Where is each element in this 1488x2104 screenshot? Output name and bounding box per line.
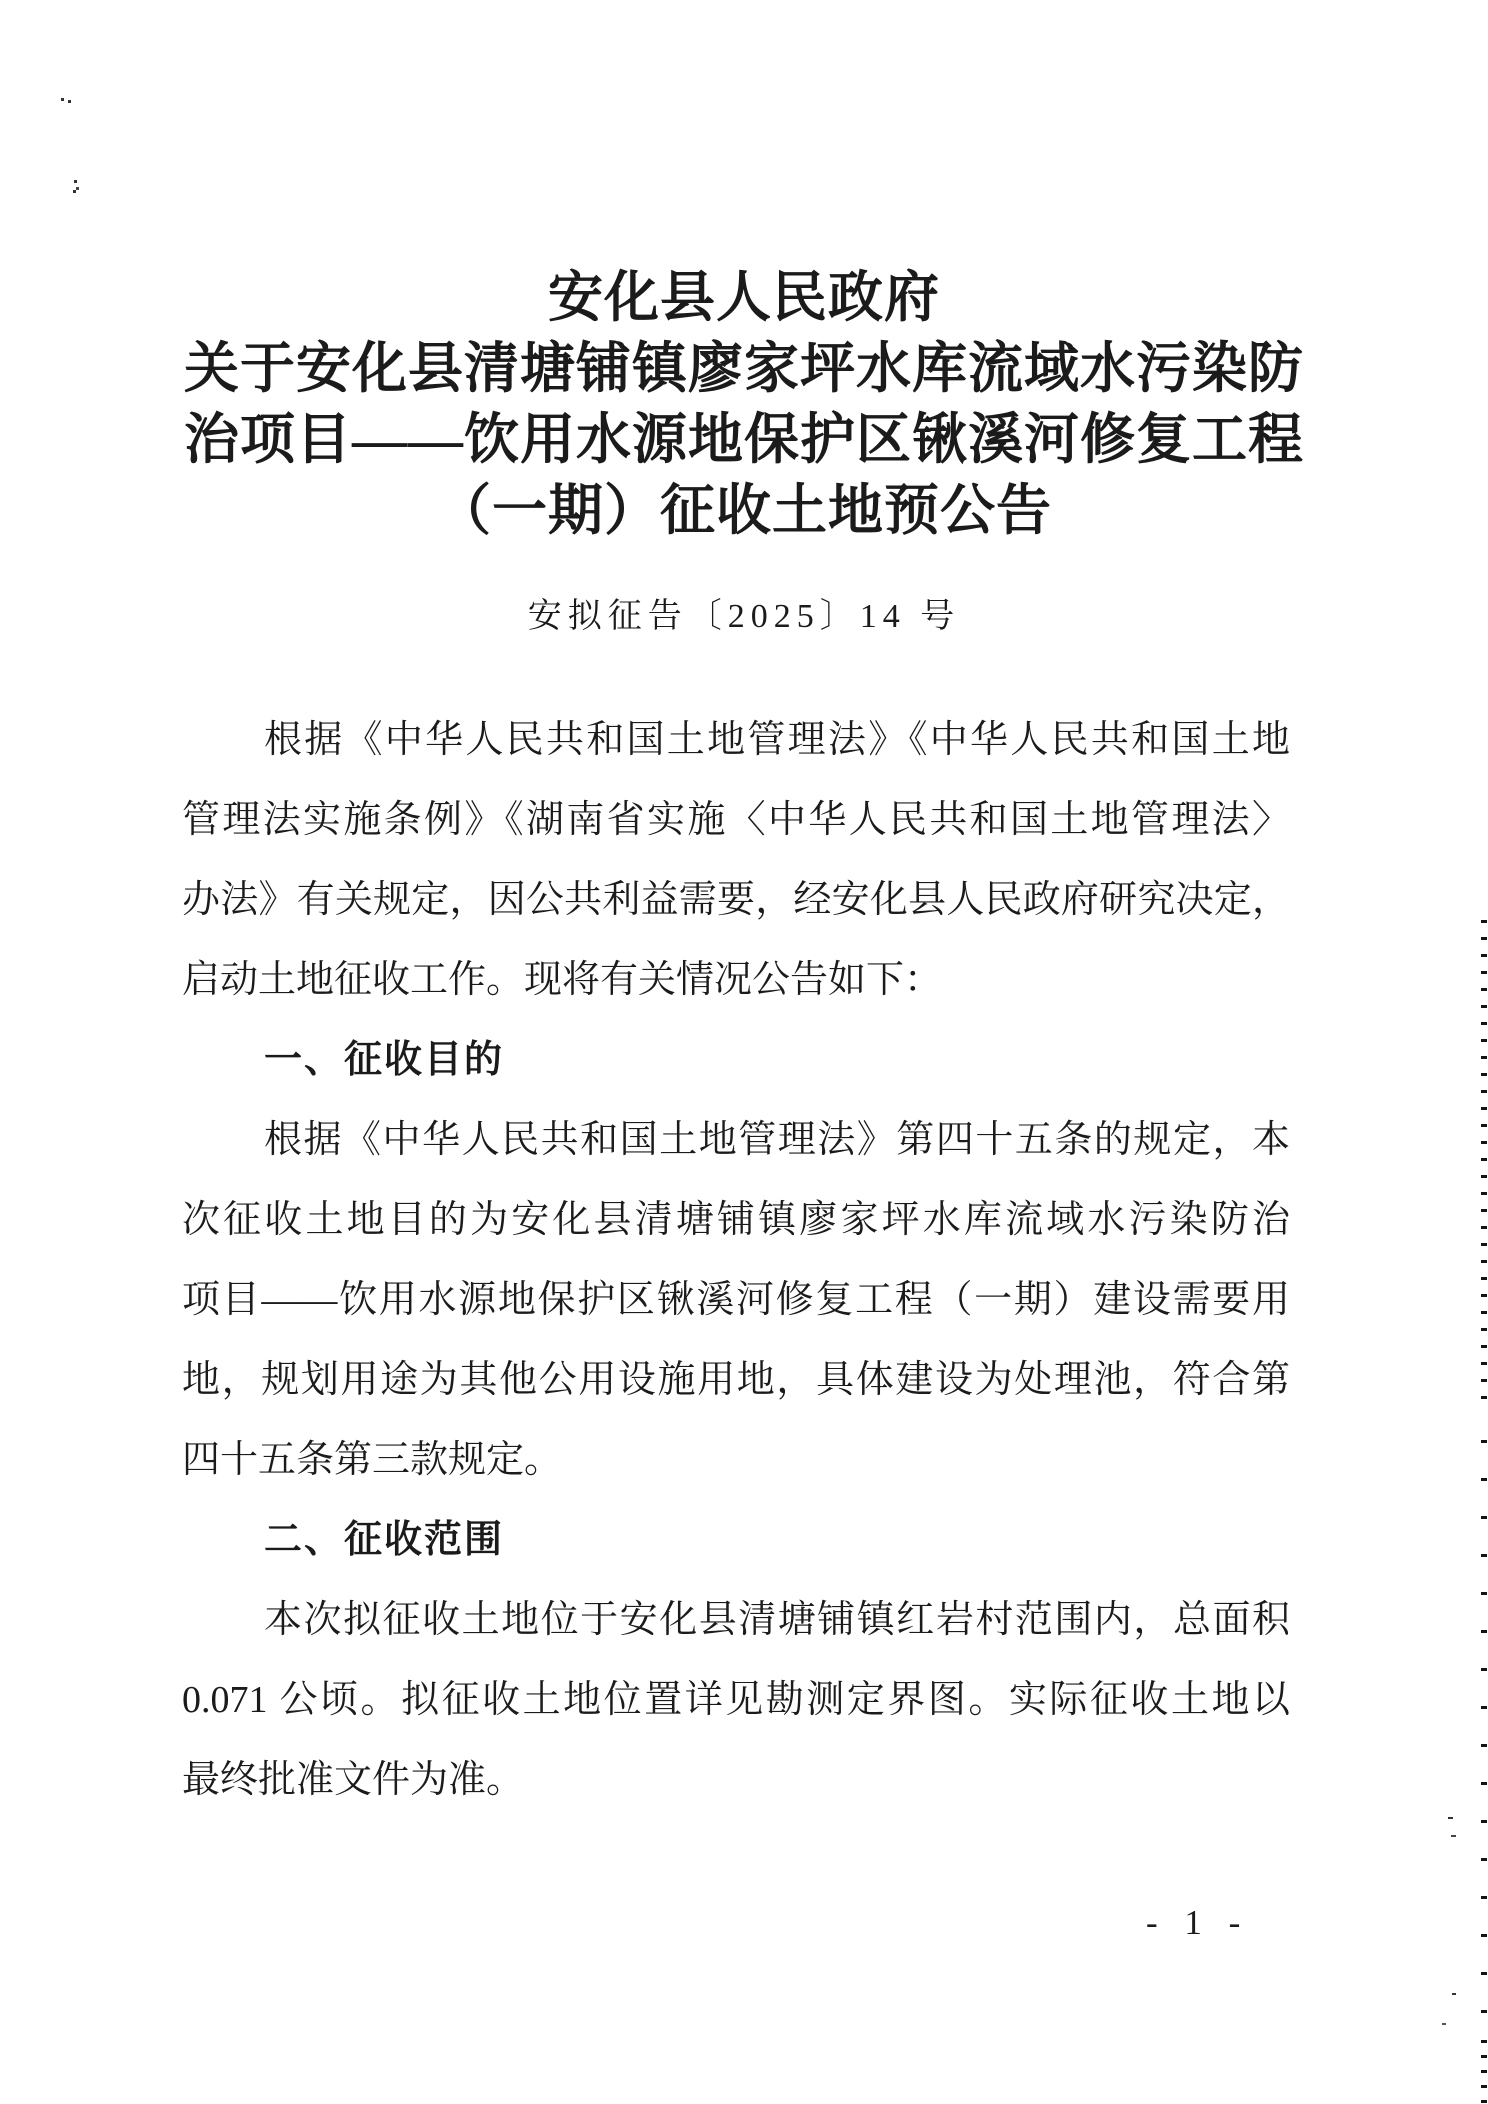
body-line: 办法》有关规定，因公共利益需要，经安化县人民政府研究决定，	[182, 860, 1290, 940]
body-line: 地，规划用途为其他公用设施用地，具体建设为处理池，符合第	[182, 1340, 1290, 1420]
section-heading-scope: 二、征收范围	[182, 1500, 1290, 1580]
body-line: 项目——饮用水源地保护区锹溪河修复工程（一期）建设需要用	[182, 1260, 1290, 1340]
scanned-document-page: 安化县人民政府 关于安化县清塘铺镇廖家坪水库流域水污染防 治项目——饮用水源地保…	[0, 0, 1488, 2104]
document-title: 安化县人民政府 关于安化县清塘铺镇廖家坪水库流域水污染防 治项目——饮用水源地保…	[114, 262, 1374, 546]
title-line-subject-2: 治项目——饮用水源地保护区锹溪河修复工程	[114, 404, 1374, 475]
body-line: 最终批准文件为准。	[182, 1740, 1290, 1820]
scan-speck-left-margin	[74, 180, 77, 183]
body-line: 启动土地征收工作。现将有关情况公告如下：	[182, 940, 1290, 1020]
section-heading-purpose: 一、征收目的	[182, 1020, 1290, 1100]
document-reference-number: 安拟征告〔2025〕14 号	[0, 588, 1488, 637]
body-line: 根据《中华人民共和国土地管理法》《中华人民共和国土地	[182, 700, 1290, 780]
scan-noise-right-edge-bottom	[1481, 2040, 1487, 2104]
body-line: 四十五条第三款规定。	[182, 1420, 1290, 1500]
scan-speck-right-lower	[1448, 1817, 1453, 1819]
scan-speck-right-bottom	[1452, 1993, 1456, 1995]
scan-noise-right-edge-upper	[1481, 920, 1487, 1410]
title-line-subject-3: （一期）征收土地预公告	[114, 475, 1374, 546]
body-line: 本次拟征收土地位于安化县清塘铺镇红岩村范围内，总面积	[182, 1580, 1290, 1660]
title-line-government-name: 安化县人民政府	[114, 262, 1374, 333]
document-body: 根据《中华人民共和国土地管理法》《中华人民共和国土地 管理法实施条例》《湖南省实…	[182, 700, 1290, 1820]
body-line: 管理法实施条例》《湖南省实施〈中华人民共和国土地管理法〉	[182, 780, 1290, 860]
body-line: 0.071 公顷。拟征收土地位置详见勘测定界图。实际征收土地以	[182, 1660, 1290, 1740]
title-line-subject-1: 关于安化县清塘铺镇廖家坪水库流域水污染防	[114, 333, 1374, 404]
scan-speck-top-left	[61, 98, 64, 101]
scan-noise-right-edge-middle	[1481, 1440, 1487, 2030]
body-line: 根据《中华人民共和国土地管理法》第四十五条的规定，本	[182, 1100, 1290, 1180]
body-line: 次征收土地目的为安化县清塘铺镇廖家坪水库流域水污染防治	[182, 1180, 1290, 1260]
page-number: - 1 -	[1146, 1903, 1249, 1943]
